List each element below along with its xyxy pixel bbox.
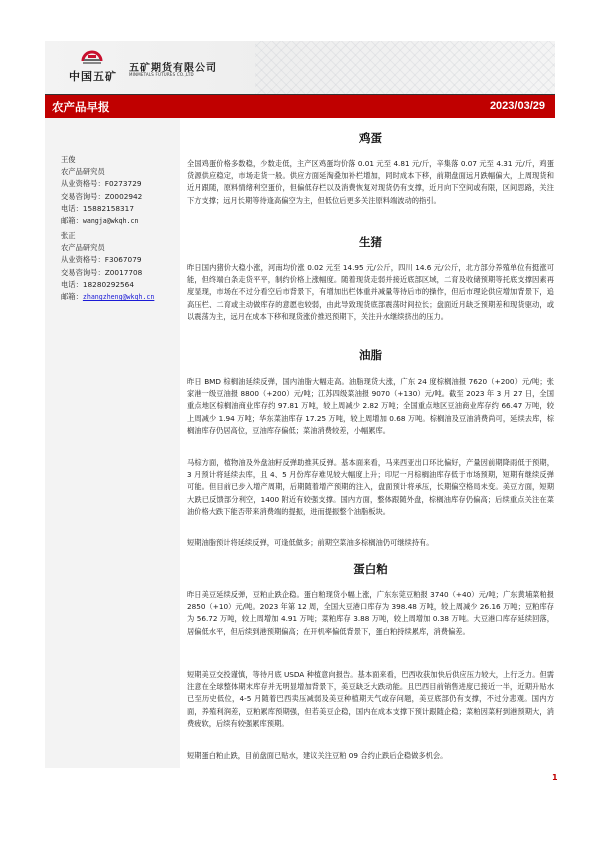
- email-label: 邮箱：: [61, 292, 83, 301]
- analyst-consult-id: 交易咨询号：Z0002942: [61, 191, 142, 203]
- analyst-sidebar: 王俊 农产品研究员 从业资格号：F0273729 交易咨询号：Z0002942 …: [45, 118, 180, 768]
- section-paragraph: 昨日美豆延续反弹，豆粕止跌企稳。蛋白粕现货小幅上涨，广东东莞豆粕报 3740（+…: [187, 589, 554, 638]
- section-title-hogs: 生猪: [187, 234, 554, 250]
- report-date: 2023/03/29: [490, 100, 545, 112]
- analyst-role: 农产品研究员: [61, 166, 142, 178]
- analyst-role: 农产品研究员: [61, 242, 154, 254]
- analyst-phone: 电话：15882158317: [61, 203, 142, 215]
- section-title-eggs: 鸡蛋: [187, 130, 554, 146]
- section-paragraph: 昨日 BMD 棕榈油延续反弹，国内油脂大幅走高。油脂现货大涨，广东 24 度棕榈…: [187, 376, 554, 437]
- email-label: 邮箱：: [61, 216, 83, 225]
- analyst-license: 从业资格号：F3067079: [61, 254, 154, 266]
- report-title-bar: 农产品早报 2023/03/29: [45, 95, 555, 118]
- analyst-name: 张正: [61, 230, 154, 242]
- section-paragraph: 昨日国内猪价大稳小涨，河南均价涨 0.02 元至 14.95 元/公斤，四川 1…: [187, 262, 554, 323]
- company-name-en: MINMETALS FUTURES CO.,LTD: [129, 72, 194, 77]
- section-paragraph: 短期美豆交投谨慎，等待月底 USDA 种植意向报告。基本面来看，巴西收获加快后供…: [187, 669, 554, 730]
- analyst-email: wangja@wkqh.cn: [83, 217, 139, 225]
- section-paragraph: 短期油脂预计将延续反弹，可逢低做多；前期空菜油多棕榈油仍可继续持有。: [187, 537, 554, 549]
- section-paragraph: 短期蛋白粕止跌，目前盘面已贴水，建议关注豆粕 09 合约止跌后企稳做多机会。: [187, 750, 554, 762]
- header-decoration: [255, 41, 555, 94]
- analyst-email-row: 邮箱：wangja@wkqh.cn: [61, 215, 142, 227]
- analyst-name: 王俊: [61, 154, 142, 166]
- page-number: 1: [552, 773, 558, 782]
- analyst-email-link[interactable]: zhangzheng@wkqh.cn: [83, 293, 154, 301]
- analyst-card: 张正 农产品研究员 从业资格号：F3067079 交易咨询号：Z0017708 …: [61, 230, 154, 303]
- section-paragraph: 全国鸡蛋价格多数稳，少数走低，主产区鸡蛋均价落 0.01 元至 4.81 元/斤…: [187, 158, 554, 207]
- section-paragraph: 马棕方面，植物油及外盘油籽反弹助推其反弹。基本面来看，马来西亚出口环比偏好，产量…: [187, 457, 554, 518]
- analyst-card: 王俊 农产品研究员 从业资格号：F0273729 交易咨询号：Z0002942 …: [61, 154, 142, 227]
- report-header-banner: 中国五矿 五矿期货有限公司 MINMETALS FUTURES CO.,LTD: [45, 41, 555, 94]
- analyst-phone: 电话：18280292564: [61, 279, 154, 291]
- minmetals-logo-icon: [81, 47, 103, 65]
- analyst-email-row: 邮箱：zhangzheng@wkqh.cn: [61, 291, 154, 303]
- section-title-protein-meal: 蛋白粕: [187, 561, 554, 577]
- section-title-oils: 油脂: [187, 347, 554, 363]
- parent-logo-text: 中国五矿: [69, 68, 117, 84]
- analyst-consult-id: 交易咨询号：Z0017708: [61, 267, 154, 279]
- analyst-license: 从业资格号：F0273729: [61, 178, 142, 190]
- report-title: 农产品早报: [52, 99, 110, 115]
